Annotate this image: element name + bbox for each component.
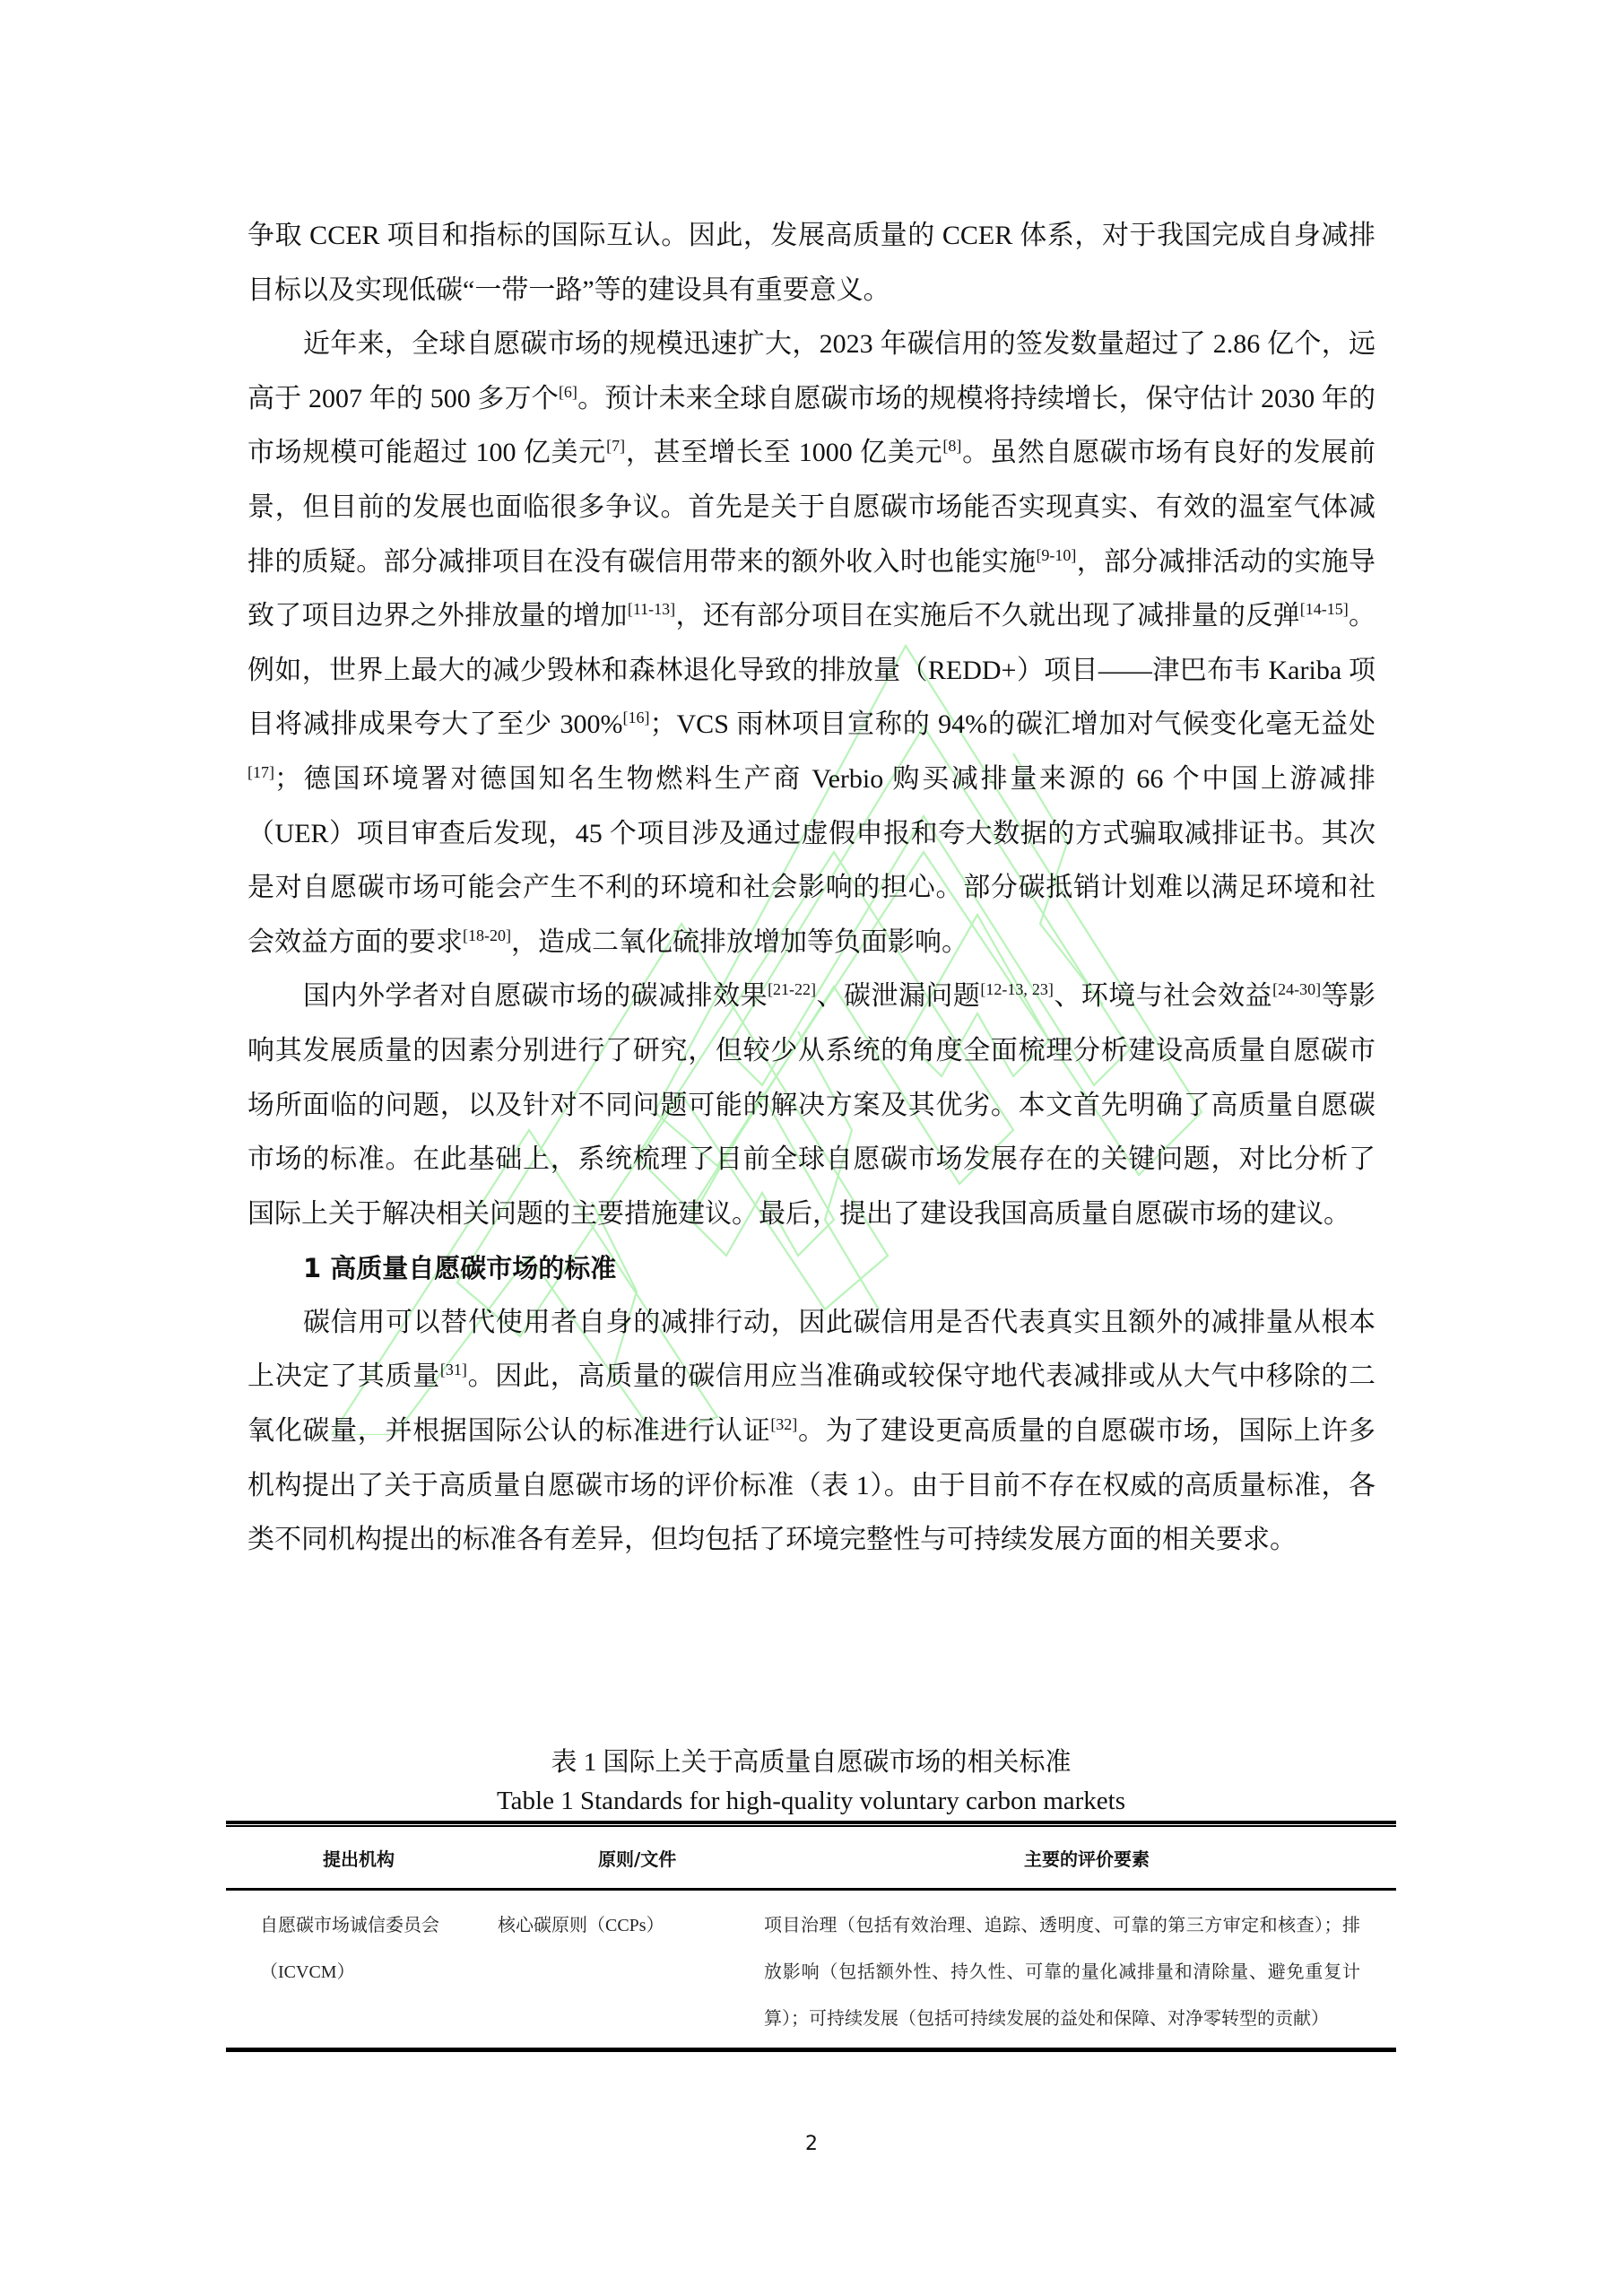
document-page: 争取 CCER 项目和指标的国际互认。因此，发展高质量的 CCER 体系，对于我…: [0, 0, 1623, 2296]
citation: [7]: [606, 437, 625, 455]
column-header-document: 原则/文件: [498, 1827, 764, 1890]
citation: [11-13]: [628, 600, 675, 618]
citation: [21-22]: [768, 980, 816, 998]
citation: [17]: [247, 763, 274, 781]
citation: [6]: [559, 383, 577, 401]
paragraph-1: 争取 CCER 项目和指标的国际互认。因此，发展高质量的 CCER 体系，对于我…: [247, 209, 1376, 317]
citation: [8]: [942, 437, 961, 455]
table-caption-en: Table 1 Standards for high-quality volun…: [226, 1782, 1396, 1821]
column-header-elements: 主要的评价要素: [764, 1827, 1396, 1890]
citation: [18-20]: [463, 926, 511, 944]
citation: [24-30]: [1272, 980, 1321, 998]
table: 提出机构 原则/文件 主要的评价要素 自愿碳市场诚信委员会（ICVCM） 核心碳…: [226, 1827, 1396, 2042]
citation: [16]: [623, 709, 650, 726]
column-header-institution: 提出机构: [226, 1827, 498, 1890]
citation: [32]: [770, 1415, 797, 1433]
table-header-row: 提出机构 原则/文件 主要的评价要素: [226, 1827, 1396, 1890]
paragraph-3: 国内外学者对自愿碳市场的碳减排效果[21-22]、碳泄漏问题[12-13, 23…: [247, 970, 1376, 1241]
citation: [31]: [440, 1361, 467, 1378]
table-top-rule: [226, 1821, 1396, 1827]
table-bottom-rule: [226, 2048, 1396, 2052]
table-row: 自愿碳市场诚信委员会（ICVCM） 核心碳原则（CCPs） 项目治理（包括有效治…: [226, 1902, 1396, 2042]
paragraph-4: 碳信用可以替代使用者自身的减排行动，因此碳信用是否代表真实且额外的减排量从根本上…: [247, 1296, 1376, 1568]
standards-table: 提出机构 原则/文件 主要的评价要素 自愿碳市场诚信委员会（ICVCM） 核心碳…: [226, 1821, 1396, 2052]
cell-document: 核心碳原则（CCPs）: [498, 1902, 764, 2042]
table-caption-zh: 表 1 国际上关于高质量自愿碳市场的相关标准: [226, 1744, 1396, 1782]
body-text: 争取 CCER 项目和指标的国际互认。因此，发展高质量的 CCER 体系，对于我…: [247, 209, 1376, 1568]
section-heading: 1 高质量自愿碳市场的标准: [247, 1241, 1376, 1296]
cell-elements: 项目治理（包括有效治理、追踪、透明度、可靠的第三方审定和核查）；排放影响（包括额…: [764, 1902, 1396, 2042]
citation: [12-13, 23]: [980, 980, 1053, 998]
citation: [9-10]: [1036, 546, 1076, 564]
citation: [14-15]: [1300, 600, 1349, 618]
paragraph-2: 近年来，全球自愿碳市场的规模迅速扩大，2023 年碳信用的签发数量超过了 2.8…: [247, 317, 1376, 970]
page-number: 2: [0, 2133, 1623, 2155]
cell-institution: 自愿碳市场诚信委员会（ICVCM）: [226, 1902, 498, 2042]
